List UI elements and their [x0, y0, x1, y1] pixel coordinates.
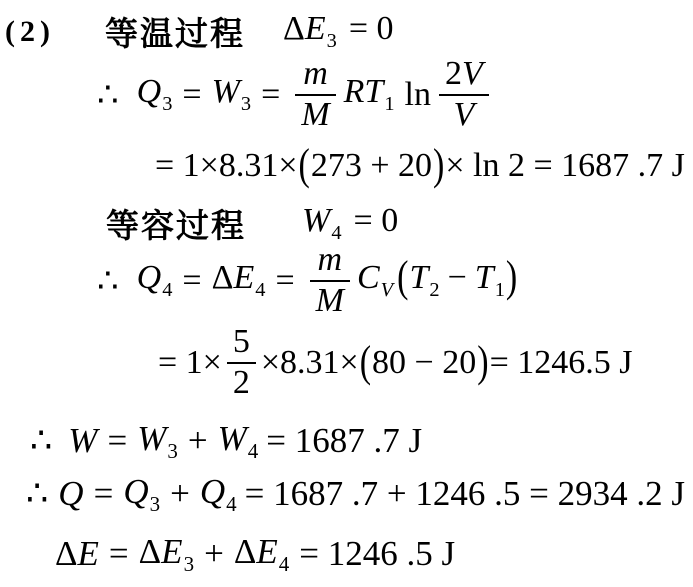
- fraction-5-over-2: 52: [227, 325, 256, 400]
- fraction-2V-over-V: 2VV: [439, 57, 489, 132]
- var-q4: Q4: [200, 472, 237, 517]
- var-letter: Q: [200, 472, 225, 511]
- left-paren: (: [360, 337, 371, 387]
- energy-result: = 1246 .5 J: [299, 534, 455, 574]
- equals-sign: =: [107, 421, 127, 461]
- var-letter: E: [233, 259, 254, 296]
- temperature-difference: (T2−T1): [396, 259, 518, 302]
- ln-function: ln: [405, 76, 431, 114]
- total-energy-line: ΔE = ΔE3 + ΔE4 = 1246 .5 J: [55, 532, 455, 577]
- subscript: 4: [255, 279, 265, 301]
- subscript: 1: [384, 93, 394, 115]
- fraction-m-over-M: mM: [295, 57, 335, 132]
- equals-sign: =: [182, 76, 201, 114]
- subscript: 3: [150, 492, 161, 516]
- delta-symbol: Δ: [283, 10, 305, 47]
- right-paren: ): [433, 141, 444, 191]
- therefore-symbol: ∴: [26, 474, 48, 514]
- q3-equation-line: ∴ Q3 = W3 = mM RT1 ln 2VV: [97, 57, 494, 132]
- calc-result: × ln 2 = 1687 .7 J: [445, 147, 685, 185]
- var-q4: Q4: [137, 259, 173, 302]
- var-letter: E: [256, 532, 277, 571]
- therefore-symbol: ∴: [97, 261, 119, 301]
- total-heat-line: ∴ Q = Q3 + Q4 = 1687 .7 + 1246 .5 = 2934…: [26, 472, 685, 517]
- var-w3: W3: [212, 73, 252, 116]
- solution-document: (2) 等温过程 ΔE3= 0 ∴ Q3 = W3 = mM RT1 ln 2V…: [0, 0, 693, 587]
- equals-sign: =: [109, 534, 129, 574]
- subscript: 4: [226, 492, 237, 516]
- var-letter: Q: [137, 73, 162, 110]
- heat-result: = 1687 .7 + 1246 .5 = 2934 .2 J: [245, 474, 685, 514]
- delta-symbol: Δ: [55, 534, 78, 573]
- delta-symbol: Δ: [234, 532, 257, 571]
- subscript: 1: [495, 279, 505, 301]
- plus-sign: +: [204, 534, 224, 574]
- subscript: 4: [279, 552, 290, 576]
- isothermal-process-title: 等温过程: [105, 8, 245, 55]
- subscript: 2: [429, 279, 439, 301]
- var-delta-e4: ΔE4: [212, 259, 266, 302]
- delta-symbol: Δ: [139, 532, 162, 571]
- var-letter: T: [475, 259, 494, 296]
- calc-result: = 1246.5 J: [490, 344, 633, 382]
- var-w3: W3: [137, 419, 178, 464]
- denominator: 2: [227, 364, 256, 400]
- subscript: 4: [248, 439, 259, 463]
- numerator: 2V: [439, 57, 489, 96]
- subscript: 3: [241, 93, 251, 115]
- var-w4: W4: [218, 419, 259, 464]
- plus-sign: +: [170, 474, 190, 514]
- var-delta-e4: ΔE4: [234, 532, 289, 577]
- var-letter: T: [409, 259, 428, 296]
- equals-sign: =: [275, 262, 294, 300]
- left-paren: (: [397, 253, 408, 303]
- isothermal-header-line: (2) 等温过程 ΔE3= 0: [5, 8, 394, 55]
- paren-content: 80 − 20: [372, 344, 476, 382]
- minus-sign: −: [448, 259, 467, 296]
- right-paren: ): [506, 253, 517, 303]
- var-letter: E: [161, 532, 182, 571]
- denominator: V: [439, 96, 489, 132]
- equals-sign: =: [261, 76, 280, 114]
- var-rt1: RT1: [344, 73, 395, 116]
- var-q3: Q3: [137, 73, 173, 116]
- q4-equation-line: ∴ Q4 = ΔE4 = mM CV (T2−T1): [97, 243, 518, 318]
- subscript-3: 3: [327, 30, 337, 52]
- equals-zero: = 0: [354, 202, 399, 239]
- var-delta-e: ΔE: [55, 534, 99, 574]
- denominator: M: [310, 282, 350, 318]
- isochoric-process-title: 等容过程: [106, 200, 246, 247]
- right-paren: ): [477, 337, 488, 387]
- calc-lead: = 1×: [158, 344, 222, 382]
- var-letter: C: [357, 259, 380, 296]
- subscript: V: [381, 279, 393, 301]
- isochoric-header-line: 等容过程 W4= 0: [106, 200, 398, 247]
- therefore-symbol: ∴: [30, 421, 52, 461]
- var-letter: W: [212, 73, 240, 110]
- item-number: (2): [5, 15, 55, 49]
- var-letter: W: [302, 202, 330, 239]
- numerator: m: [310, 243, 350, 282]
- equals-zero: = 0: [349, 10, 394, 47]
- numerator: 5: [227, 325, 256, 364]
- var-q: Q: [58, 474, 83, 514]
- left-paren: (: [299, 141, 310, 191]
- plus-sign: +: [188, 421, 208, 461]
- var-letter: R: [344, 73, 365, 110]
- equals-sign: =: [94, 474, 114, 514]
- calc-mid: ×8.31×: [261, 344, 359, 382]
- var-letter: Q: [137, 259, 162, 296]
- var-letter: V: [462, 55, 483, 92]
- var-E: E: [305, 10, 326, 47]
- total-work-line: ∴ W = W3 + W4 = 1687 .7 J: [30, 419, 422, 464]
- q4-calculation-line: = 1× 52 ×8.31× ( 80 − 20 ) = 1246.5 J: [158, 325, 632, 400]
- fraction-m-over-M: mM: [310, 243, 350, 318]
- var-letter: W: [137, 419, 166, 458]
- var-letter: T: [364, 73, 383, 110]
- w4-equation: W4= 0: [302, 202, 398, 245]
- paren-content: 273 + 20: [311, 147, 432, 185]
- work-result: = 1687 .7 J: [266, 421, 422, 461]
- var-q3: Q3: [123, 472, 160, 517]
- var-letter: Q: [123, 472, 148, 511]
- delta-symbol: Δ: [212, 259, 234, 296]
- q3-calculation-line: = 1×8.31× ( 273 + 20 ) × ln 2 = 1687 .7 …: [155, 147, 685, 185]
- var-cv: CV: [357, 259, 393, 302]
- var-letter: W: [218, 419, 247, 458]
- var-delta-e3: ΔE3: [139, 532, 194, 577]
- equals-sign: =: [182, 262, 201, 300]
- var-w: W: [68, 421, 97, 461]
- therefore-symbol: ∴: [97, 75, 119, 115]
- subscript: 3: [167, 439, 178, 463]
- denominator: M: [295, 96, 335, 132]
- subscript: 3: [162, 93, 172, 115]
- numerator: m: [295, 57, 335, 96]
- delta-e3-equation: ΔE3= 0: [283, 10, 394, 53]
- subscript: 4: [162, 279, 172, 301]
- coefficient: 2: [445, 55, 462, 92]
- var-letter: E: [78, 534, 99, 573]
- calc-lead: = 1×8.31×: [155, 147, 298, 185]
- subscript: 3: [184, 552, 195, 576]
